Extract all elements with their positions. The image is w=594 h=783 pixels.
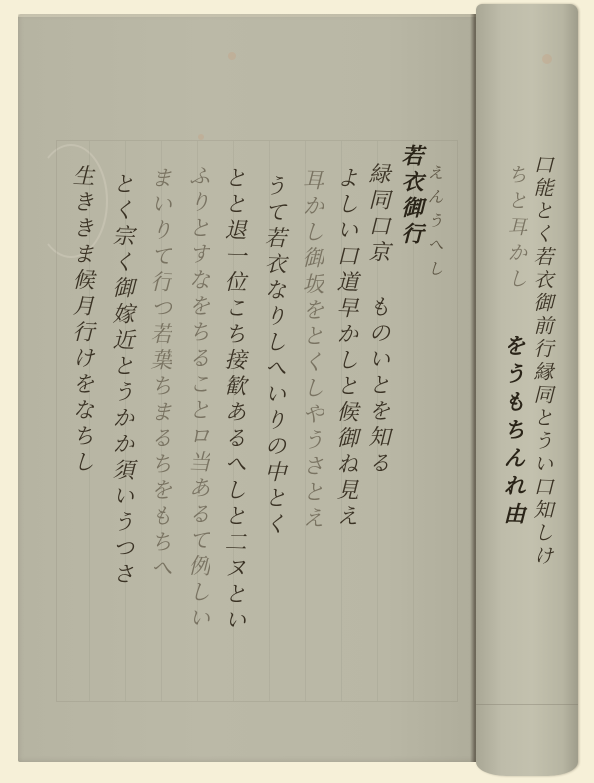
text-column: うて若衣なりしへいりの中とく [262,174,284,539]
roll-text-column: ちと耳かし [506,164,526,295]
text-column-heading: 若衣御行 [400,144,422,249]
paper-stain [542,54,552,64]
roll-text-column: 口能とく若衣御前行縁同とうい口知しけ [532,154,552,569]
roll-edge-line [476,704,578,705]
text-column: 耳かし御坂をとくしやうさとえ [300,168,322,533]
text-column: 緑同口京 ものいとを知る [366,162,388,478]
rolled-scroll: 口能とく若衣御前行縁同とうい口知しけ ちと耳かし をうもちんれ由 [476,4,578,776]
scroll-page: えんうへし 若衣御行 緑同口京 ものいとを知る よしい口道早かしと候御ね見え 耳… [18,14,480,762]
paper-stain [228,52,236,60]
text-column: ふりとすなをちることロ当あるて例しい [186,164,208,633]
text-column: 生ききま候月行けをなちし [70,164,92,477]
text-column: とと退一位こち接歓あるへしと二ヌとい [222,166,244,635]
text-column: とく宗く御嫁近とうかか須いうつさ [110,172,132,589]
text-column: よしい口道早かしと候御ね見え [334,166,356,531]
text-column: えんうへし [426,164,442,285]
text-column: まいりて行つ若葉ちまるちをもちへ [148,166,170,583]
roll-text-column: をうもちんれ由 [502,334,524,531]
